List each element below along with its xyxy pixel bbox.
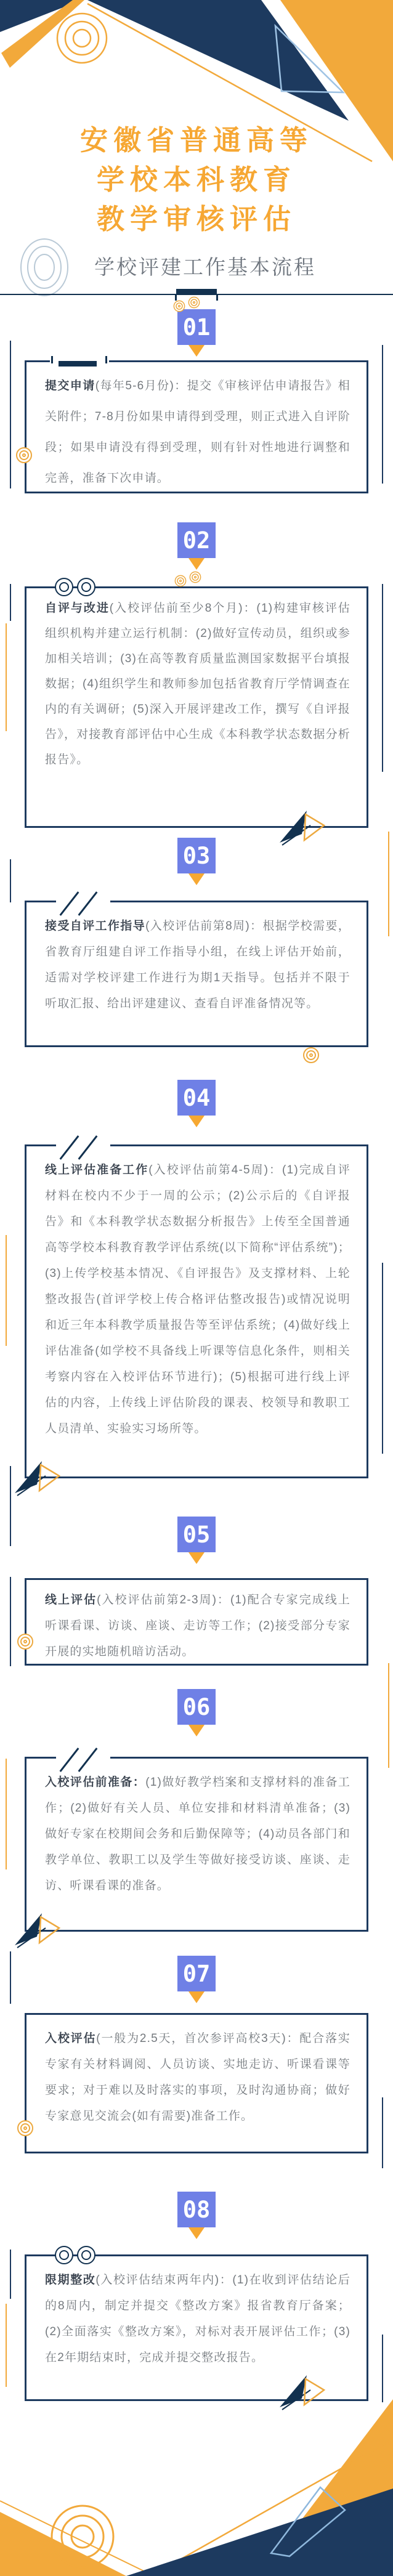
badge-arrow-icon [188, 1552, 205, 1564]
step-04-badge: 04 [177, 1080, 216, 1116]
step-08-text: 限期整改(入校评估结束两年内)：(1)在收到评估结论后的8周内，制定并提交《整改… [45, 2267, 350, 2371]
paper-plane-icon [278, 808, 330, 846]
side-line [10, 1466, 11, 1546]
swirl-icon [188, 297, 200, 309]
step-05-box: 线上评估(入校评估前第2-3周)：(1)配合专家完成线上听课看课、访谈、座谈、走… [25, 1578, 368, 1666]
step-06-box: 入校评估前准备：(1)做好教学档案和支撑材料的准备工作；(2)做好有关人员、单位… [25, 1757, 368, 1932]
step-04-box: 线上评估准备工作(入校评估前第4-5周)：(1)完成自评材料在校内不少于一周的公… [25, 1144, 368, 1478]
title-line-3: 教学审核评估 [0, 200, 393, 239]
step-08-badge: 08 [177, 2192, 216, 2227]
box-top-notch-decoration [50, 355, 111, 370]
swirl-icon [190, 572, 201, 583]
page-subtitle: 学校评建工作基本流程 [0, 251, 393, 280]
step-07-text: 入校评估(一般为2.5天，首次参评高校3天)：配合落实专家有关材料调阅、人员访谈… [45, 2026, 350, 2129]
step-07-box: 入校评估(一般为2.5天，首次参评高校3天)：配合落实专家有关材料调阅、人员访谈… [25, 2013, 368, 2153]
step-07-badge: 07 [177, 1956, 216, 1991]
badge-arrow-icon [188, 2227, 205, 2239]
step-01-text: 提交申请(每年5-6月份)：提交《审核评估申请报告》相关附件；7-8月份如果申请… [45, 371, 350, 494]
step-03-text: 接受自评工作指导(入校评估前第8周)：根据学校需要，省教育厅组建自评工作指导小组… [45, 913, 350, 1017]
step-03-box: 接受自评工作指导(入校评估前第8周)：根据学校需要，省教育厅组建自评工作指导小组… [25, 901, 368, 1047]
side-line [10, 1951, 11, 2004]
step-number: 03 [183, 843, 211, 869]
box-top-slashes-decoration [49, 889, 116, 920]
step-number: 02 [183, 527, 211, 554]
step-05-badge: 05 [177, 1517, 216, 1552]
side-line [382, 584, 383, 772]
title-line-2: 学校本科教育 [0, 160, 393, 200]
side-line [10, 1577, 11, 1666]
badge-arrow-icon [188, 1116, 205, 1127]
side-line [10, 2250, 11, 2299]
paper-plane-icon [278, 2373, 330, 2411]
step-number: 04 [183, 1085, 211, 1111]
swirl-icon [175, 575, 187, 587]
side-line [382, 345, 383, 484]
paper-plane-icon [14, 1459, 65, 1497]
step-number: 01 [183, 314, 211, 341]
swirl-icon [17, 1634, 33, 1650]
badge-arrow-icon [188, 558, 205, 570]
footer-decoration [0, 2391, 393, 2576]
step-number: 08 [183, 2197, 211, 2223]
side-line [6, 1759, 7, 1869]
badge-arrow-icon [188, 345, 205, 357]
swirl-icon [16, 447, 32, 463]
box-top-rings-decoration [55, 578, 104, 599]
step-06-badge: 06 [177, 1689, 216, 1725]
step-number: 07 [183, 1961, 211, 1987]
step-04-text: 线上评估准备工作(入校评估前第4-5周)：(1)完成自评材料在校内不少于一周的公… [45, 1157, 350, 1442]
divider-notch [176, 289, 217, 294]
step-02-box: 自评与改进(入校评估前至少8个月)：(1)构建审核评估组织机构并建立运行机制：(… [25, 586, 368, 828]
paper-plane-icon [14, 1911, 65, 1949]
badge-arrow-icon [188, 873, 205, 885]
badge-arrow-icon [188, 1991, 205, 2003]
side-line [382, 2097, 383, 2168]
side-line [388, 1663, 389, 1768]
page-title: 安徽省普通高等 学校本科教育 教学审核评估 [0, 121, 393, 239]
step-06-text: 入校评估前准备：(1)做好教学档案和支撑材料的准备工作；(2)做好有关人员、单位… [45, 1770, 350, 1899]
side-line [10, 584, 11, 621]
step-number: 06 [183, 1694, 211, 1720]
box-top-slashes-decoration [49, 1745, 116, 1776]
side-line [382, 2335, 383, 2402]
swirl-icon [303, 1047, 319, 1063]
step-03-badge: 03 [177, 838, 216, 873]
badge-arrow-icon [188, 1725, 205, 1736]
swirl-icon [174, 301, 185, 312]
step-01-badge: 01 [177, 309, 216, 345]
title-line-1: 安徽省普通高等 [0, 121, 393, 160]
step-01-box: 提交申请(每年5-6月份)：提交《审核评估申请报告》相关附件；7-8月份如果申请… [25, 360, 368, 493]
divider-tick [175, 294, 177, 301]
side-line [382, 1263, 383, 1454]
side-line [6, 623, 7, 731]
step-05-text: 线上评估(入校评估前第2-3周)：(1)配合专家完成线上听课看课、访谈、座谈、走… [45, 1587, 350, 1665]
side-line [6, 1235, 7, 1346]
side-line [388, 832, 389, 936]
side-line [10, 859, 11, 902]
side-line [6, 2304, 7, 2387]
box-top-slashes-decoration [49, 1133, 116, 1164]
step-02-text: 自评与改进(入校评估前至少8个月)：(1)构建审核评估组织机构并建立运行机制：(… [45, 596, 350, 772]
box-top-rings-decoration [55, 2246, 104, 2267]
step-number: 05 [183, 1521, 211, 1548]
swirl-icon [17, 2120, 33, 2136]
divider-tick [216, 294, 218, 301]
step-02-badge: 02 [177, 522, 216, 558]
side-line [10, 341, 11, 488]
